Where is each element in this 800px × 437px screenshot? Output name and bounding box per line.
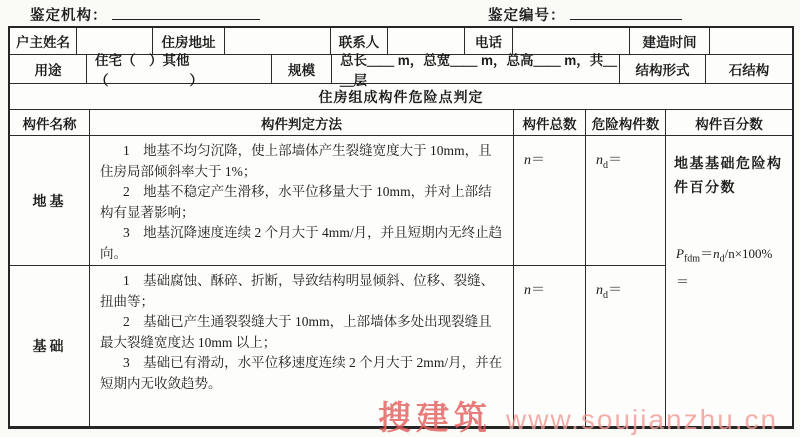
row-footing-name: 基础: [10, 266, 90, 426]
built-time-label: 建造时间: [630, 28, 710, 54]
col-header-judgment-method: 构件判定方法: [90, 110, 514, 135]
percentage-formula: Pfdm＝nd/n×100% ＝: [674, 243, 784, 290]
col-header-total-count: 构件总数: [514, 110, 586, 135]
formula-P: P: [676, 246, 684, 261]
appraisal-no-label: 鉴定编号：: [488, 4, 682, 25]
appraisal-form-table: 户主姓名 住房地址 联系人 电话 建造时间 用途 住宅（ ）其他（ ） 规模 总…: [8, 26, 794, 429]
appraisal-org-label: 鉴定机构：: [30, 4, 260, 25]
page-header: 鉴定机构： 鉴定编号：: [0, 0, 800, 26]
col-header-component-name: 构件名称: [10, 110, 90, 135]
equals-sign: ＝: [608, 283, 622, 298]
built-time-value: [710, 28, 792, 54]
formula-rest: /n×100%: [725, 246, 773, 261]
scale-label: 规模: [272, 55, 332, 83]
row-foundation-soil-name: 地基: [10, 136, 90, 266]
criteria-item: 2 基础已产生通裂裂缝大于 10mm，上部墙体多处出现裂缝且最大裂缝宽度达 10…: [100, 312, 503, 353]
n-variable: n: [524, 283, 531, 298]
criteria-item: 2 地基不稳定产生滑移，水平位移量大于 10mm，并对上部结构有显著影响；: [100, 182, 503, 223]
criteria-item: 3 基础已有滑动，水平位移速度连续 2 个月大于 2mm/月，并在短期内无收敛趋…: [100, 353, 503, 394]
formula-equals: ＝: [700, 246, 713, 261]
percentage-merged-cell: 地基基础危险构件百分数 Pfdm＝nd/n×100% ＝: [666, 136, 792, 426]
col-header-danger-count: 危险构件数: [586, 110, 666, 135]
n-variable: n: [524, 153, 531, 168]
appraisal-org-text: 鉴定机构：: [30, 8, 108, 24]
row-footing-total-count: n＝: [514, 266, 586, 426]
equals-sign: ＝: [531, 283, 545, 298]
nd-variable: n: [596, 153, 603, 168]
criteria-item: 3 地基沉降速度连续 2 个月大于 4mm/月，并且短期内无终止趋向。: [100, 223, 503, 264]
row-footing-danger-count: nd＝: [586, 266, 666, 426]
owner-name-label: 户主姓名: [10, 28, 77, 54]
percentage-title: 地基基础危险构件百分数: [674, 151, 784, 199]
equals-sign: ＝: [608, 153, 622, 168]
row-foundation-soil-total-count: n＝: [514, 136, 586, 266]
use-options: 住宅（ ）其他（ ）: [87, 55, 272, 83]
row-foundation-soil-danger-count: nd＝: [586, 136, 666, 266]
criteria-item: 1 基础腐蚀、酥碎、折断，导致结构明显倾斜、位移、裂缝、扭曲等；: [100, 271, 503, 312]
section-title: 住房组成构件危险点判定: [10, 84, 792, 110]
table-header-row: 构件名称 构件判定方法 构件总数 危险构件数 构件百分数: [10, 110, 792, 136]
appraisal-org-blank: [112, 7, 260, 20]
col-header-percentage: 构件百分数: [666, 110, 792, 135]
row-footing-criteria: 1 基础腐蚀、酥碎、折断，导致结构明显倾斜、位移、裂缝、扭曲等； 2 基础已产生…: [90, 266, 514, 426]
criteria-item: 1 地基不均匀沉降，使上部墙体产生裂缝宽度大于 10mm，且住房局部倾斜率大于 …: [100, 141, 503, 182]
appraisal-no-blank: [570, 7, 682, 20]
use-label: 用途: [10, 55, 87, 83]
appraisal-no-text: 鉴定编号：: [488, 8, 566, 24]
equals-sign: ＝: [531, 153, 545, 168]
scale-value: 总长＿＿ m，总宽＿＿ m，总高＿＿ m，共＿＿层: [332, 55, 620, 83]
info-row-2: 用途 住宅（ ）其他（ ） 规模 总长＿＿ m，总宽＿＿ m，总高＿＿ m，共＿…: [10, 55, 792, 84]
structure-type-value: 石结构: [706, 55, 792, 83]
row-foundation-soil-criteria: 1 地基不均匀沉降，使上部墙体产生裂缝宽度大于 10mm，且住房局部倾斜率大于 …: [90, 136, 514, 266]
table-body: 地基 1 地基不均匀沉降，使上部墙体产生裂缝宽度大于 10mm，且住房局部倾斜率…: [10, 136, 792, 426]
structure-type-label: 结构形式: [620, 55, 706, 83]
formula-result-equals: ＝: [676, 271, 784, 290]
nd-variable: n: [596, 283, 603, 298]
formula-P-subscript: fdm: [684, 254, 700, 265]
